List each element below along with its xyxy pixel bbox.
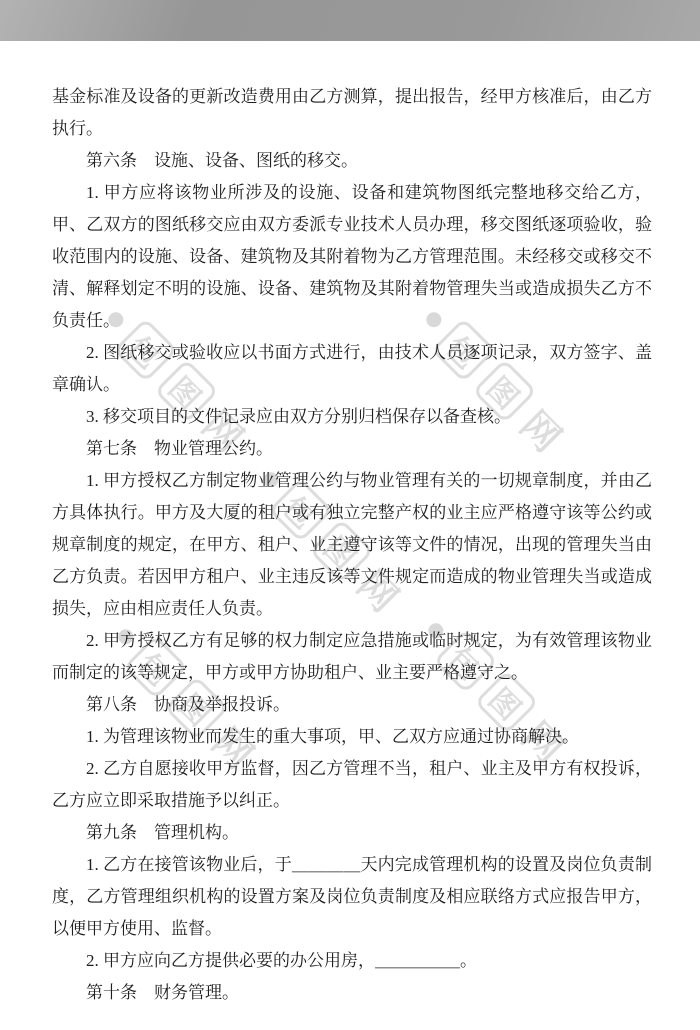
contract-document-page: 包 图 网 包 图 网 包 图 网 包 图 网 包 图 网 基金标准及设备的更新… xyxy=(0,0,700,1030)
contract-paragraph: 第十条 财务管理。 xyxy=(52,977,652,1009)
contract-paragraph: 1. 甲方授权乙方制定物业管理公约与物业管理有关的一切规章制度，并由乙方具体执行… xyxy=(52,465,652,625)
top-gradient-bar xyxy=(0,0,700,41)
document-body: 基金标准及设备的更新改造费用由乙方测算，提出报告，经甲方核准后，由乙方执行。第六… xyxy=(52,81,652,1009)
contract-paragraph: 1. 甲方应将该物业所涉及的设施、设备和建筑物图纸完整地移交给乙方，甲、乙双方的… xyxy=(52,177,652,337)
contract-paragraph: 2. 甲方应向乙方提供必要的办公用房，＿＿＿＿＿。 xyxy=(52,945,652,977)
contract-paragraph: 2. 图纸移交或验收应以书面方式进行，由技术人员逐项记录，双方签字、盖章确认。 xyxy=(52,337,652,401)
contract-paragraph: 第六条 设施、设备、图纸的移交。 xyxy=(52,145,652,177)
contract-paragraph: 1. 乙方在接管该物业后，于＿＿＿＿天内完成管理机构的设置及岗位负责制度，乙方管… xyxy=(52,849,652,945)
contract-paragraph: 第八条 协商及举报投诉。 xyxy=(52,689,652,721)
contract-paragraph: 2. 甲方授权乙方有足够的权力制定应急措施或临时规定，为有效管理该物业而制定的该… xyxy=(52,625,652,689)
contract-paragraph: 1. 为管理该物业而发生的重大事项，甲、乙双方应通过协商解决。 xyxy=(52,721,652,753)
contract-paragraph: 3. 移交项目的文件记录应由双方分别归档保存以备查核。 xyxy=(52,401,652,433)
contract-paragraph: 第七条 物业管理公约。 xyxy=(52,433,652,465)
contract-paragraph: 第九条 管理机构。 xyxy=(52,817,652,849)
contract-paragraph: 2. 乙方自愿接收甲方监督，因乙方管理不当，租户、业主及甲方有权投诉，乙方应立即… xyxy=(52,753,652,817)
contract-paragraph: 基金标准及设备的更新改造费用由乙方测算，提出报告，经甲方核准后，由乙方执行。 xyxy=(52,81,652,145)
